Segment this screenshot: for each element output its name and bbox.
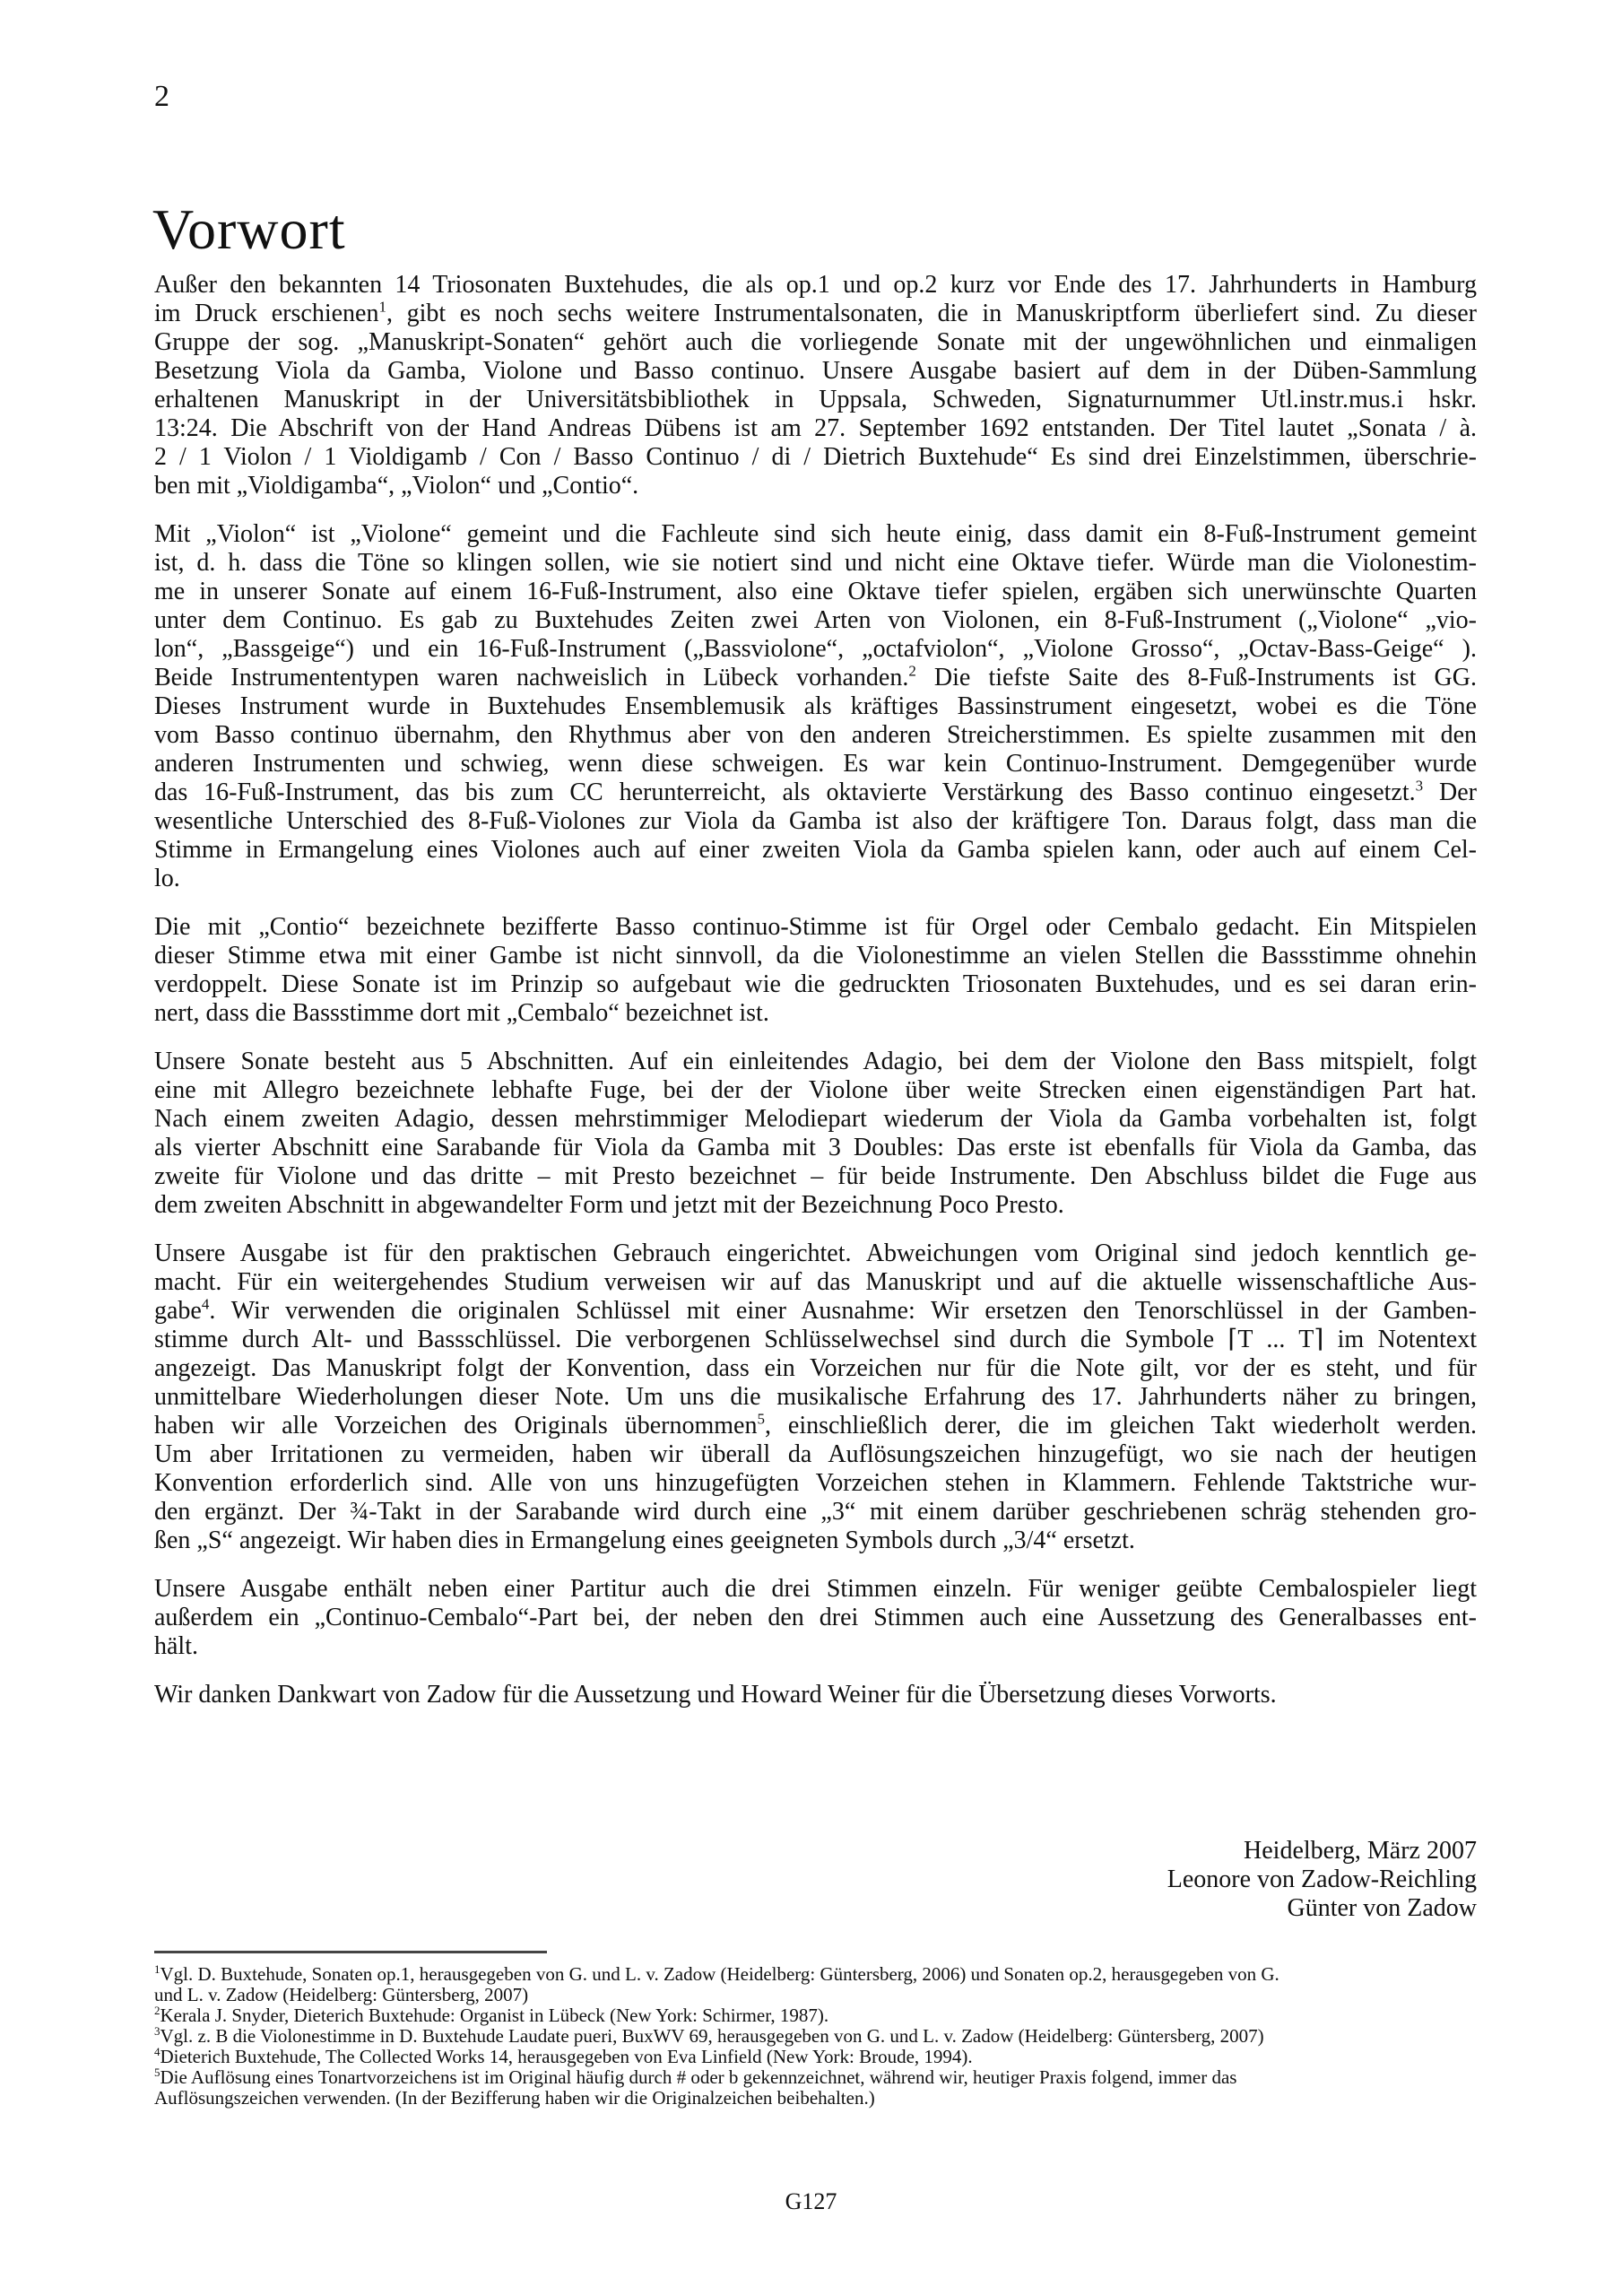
preface-body: Außer den bekannten 14 Triosonaten Buxte… xyxy=(154,271,1477,1729)
footnote-line: Auflösungszeichen verwenden. (In der Bez… xyxy=(154,2088,1477,2109)
text-line: stimme durch Alt- und Bassschlüssel. Die… xyxy=(154,1326,1477,1354)
text-line: Außer den bekannten 14 Triosonaten Buxte… xyxy=(154,271,1477,300)
paragraph: Wir danken Dankwart von Zadow für die Au… xyxy=(154,1681,1477,1709)
text-line: Mit „Violon“ ist „Violone“ gemeint und d… xyxy=(154,520,1477,549)
text-line: außerdem ein „Continuo-Cembalo“-Part bei… xyxy=(154,1604,1477,1632)
text-line: Die mit „Contio“ bezeichnete bezifferte … xyxy=(154,913,1477,942)
text-line: als vierter Abschnitt eine Sarabande für… xyxy=(154,1134,1477,1162)
text-line: Stimme in Ermangelung eines Violones auc… xyxy=(154,836,1477,865)
text-line: ßen „S“ angezeigt. Wir haben dies in Erm… xyxy=(154,1526,1477,1555)
footnote-ref[interactable]: 3 xyxy=(1416,778,1424,795)
text-line: nert, dass die Bassstimme dort mit „Cemb… xyxy=(154,999,1477,1028)
page-title: Vorwort xyxy=(152,196,346,264)
signature-place-date: Heidelberg, März 2007 xyxy=(1167,1837,1477,1865)
text-line: Dieses Instrument wurde in Buxtehudes En… xyxy=(154,692,1477,721)
text-line: im Druck erschienen1, gibt es noch sechs… xyxy=(154,300,1477,328)
text-line: Besetzung Viola da Gamba, Violone und Ba… xyxy=(154,357,1477,386)
text-line: Um aber Irritationen zu vermeiden, haben… xyxy=(154,1440,1477,1469)
footnote-line: 4Dieterich Buxtehude, The Collected Work… xyxy=(154,2047,1477,2067)
text-line: gabe4. Wir verwenden die originalen Schl… xyxy=(154,1297,1477,1326)
footnote-ref[interactable]: 2 xyxy=(908,663,916,680)
text-line: unmittelbare Wiederholungen dieser Note.… xyxy=(154,1383,1477,1412)
text-line: dieser Stimme etwa mit einer Gambe ist n… xyxy=(154,942,1477,970)
paragraph: Mit „Violon“ ist „Violone“ gemeint und d… xyxy=(154,520,1477,893)
text-line: unter dem Continuo. Es gab zu Buxtehudes… xyxy=(154,606,1477,635)
text-line: Unsere Ausgabe enthält neben einer Parti… xyxy=(154,1575,1477,1604)
text-line: macht. Für ein weitergehendes Studium ve… xyxy=(154,1268,1477,1297)
footnote-line: 1Vgl. D. Buxtehude, Sonaten op.1, heraus… xyxy=(154,1964,1477,1985)
footnotes: 1Vgl. D. Buxtehude, Sonaten op.1, heraus… xyxy=(154,1964,1477,2109)
text-line: Unsere Ausgabe ist für den praktischen G… xyxy=(154,1239,1477,1268)
footnote-ref[interactable]: 1 xyxy=(378,299,386,316)
footnote-ref[interactable]: 5 xyxy=(757,1411,765,1428)
text-line: ben mit „Violdigamba“, „Violon“ und „Con… xyxy=(154,472,1477,500)
paragraph: Unsere Sonate besteht aus 5 Abschnitten.… xyxy=(154,1048,1477,1220)
text-line: 2 / 1 Violon / 1 Violdigamb / Con / Bass… xyxy=(154,443,1477,472)
text-line: verdoppelt. Diese Sonate ist im Prinzip … xyxy=(154,970,1477,999)
text-line: das 16-Fuß-Instrument, das bis zum CC he… xyxy=(154,778,1477,807)
paragraph: Unsere Ausgabe ist für den praktischen G… xyxy=(154,1239,1477,1555)
signature-author-1: Leonore von Zadow-Reichling xyxy=(1167,1865,1477,1894)
text-line: wesentliche Unterschied des 8-Fuß-Violon… xyxy=(154,807,1477,836)
text-line: Wir danken Dankwart von Zadow für die Au… xyxy=(154,1681,1477,1709)
text-line: Nach einem zweiten Adagio, dessen mehrst… xyxy=(154,1105,1477,1134)
footnote-divider xyxy=(154,1951,547,1953)
text-line: angezeigt. Das Manuskript folgt der Konv… xyxy=(154,1354,1477,1383)
footnote-line: und L. v. Zadow (Heidelberg: Güntersberg… xyxy=(154,1985,1477,2005)
footnote-line: 3Vgl. z. B die Violonestimme in D. Buxte… xyxy=(154,2026,1477,2047)
footer-code: G127 xyxy=(0,2188,1622,2215)
paragraph: Die mit „Contio“ bezeichnete bezifferte … xyxy=(154,913,1477,1028)
text-line: anderen Instrumenten und schwieg, wenn d… xyxy=(154,750,1477,778)
text-line: 13:24. Die Abschrift von der Hand Andrea… xyxy=(154,414,1477,443)
text-line: vom Basso continuo übernahm, den Rhythmu… xyxy=(154,721,1477,750)
text-line: ist, d. h. dass die Töne so klingen soll… xyxy=(154,549,1477,578)
text-line: eine mit Allegro bezeichnete lebhafte Fu… xyxy=(154,1076,1477,1105)
text-line: Unsere Sonate besteht aus 5 Abschnitten.… xyxy=(154,1048,1477,1076)
signature-author-2: Günter von Zadow xyxy=(1167,1894,1477,1923)
text-line: Konvention erforderlich sind. Alle von u… xyxy=(154,1469,1477,1498)
text-line: Beide Instrumententypen waren nachweisli… xyxy=(154,664,1477,692)
text-line: lo. xyxy=(154,865,1477,893)
text-line: erhaltenen Manuskript in der Universität… xyxy=(154,386,1477,414)
text-line: Gruppe der sog. „Manuskript-Sonaten“ geh… xyxy=(154,328,1477,357)
signature-block: Heidelberg, März 2007 Leonore von Zadow-… xyxy=(1167,1837,1477,1923)
text-line: zweite für Violone und das dritte – mit … xyxy=(154,1162,1477,1191)
footnote-line: 5Die Auflösung eines Tonartvorzeichens i… xyxy=(154,2067,1477,2088)
paragraph: Unsere Ausgabe enthält neben einer Parti… xyxy=(154,1575,1477,1661)
text-line: dem zweiten Abschnitt in abgewandelter F… xyxy=(154,1191,1477,1220)
text-line: lon“, „Bassgeige“) und ein 16-Fuß-Instru… xyxy=(154,635,1477,664)
text-line: den ergänzt. Der ¾-Takt in der Sarabande… xyxy=(154,1498,1477,1526)
text-line: me in unserer Sonate auf einem 16-Fuß-In… xyxy=(154,578,1477,606)
paragraph: Außer den bekannten 14 Triosonaten Buxte… xyxy=(154,271,1477,500)
text-line: haben wir alle Vorzeichen des Originals … xyxy=(154,1412,1477,1440)
footnote-line: 2Kerala J. Snyder, Dieterich Buxtehude: … xyxy=(154,2005,1477,2026)
text-line: hält. xyxy=(154,1632,1477,1661)
page-number: 2 xyxy=(154,79,169,115)
